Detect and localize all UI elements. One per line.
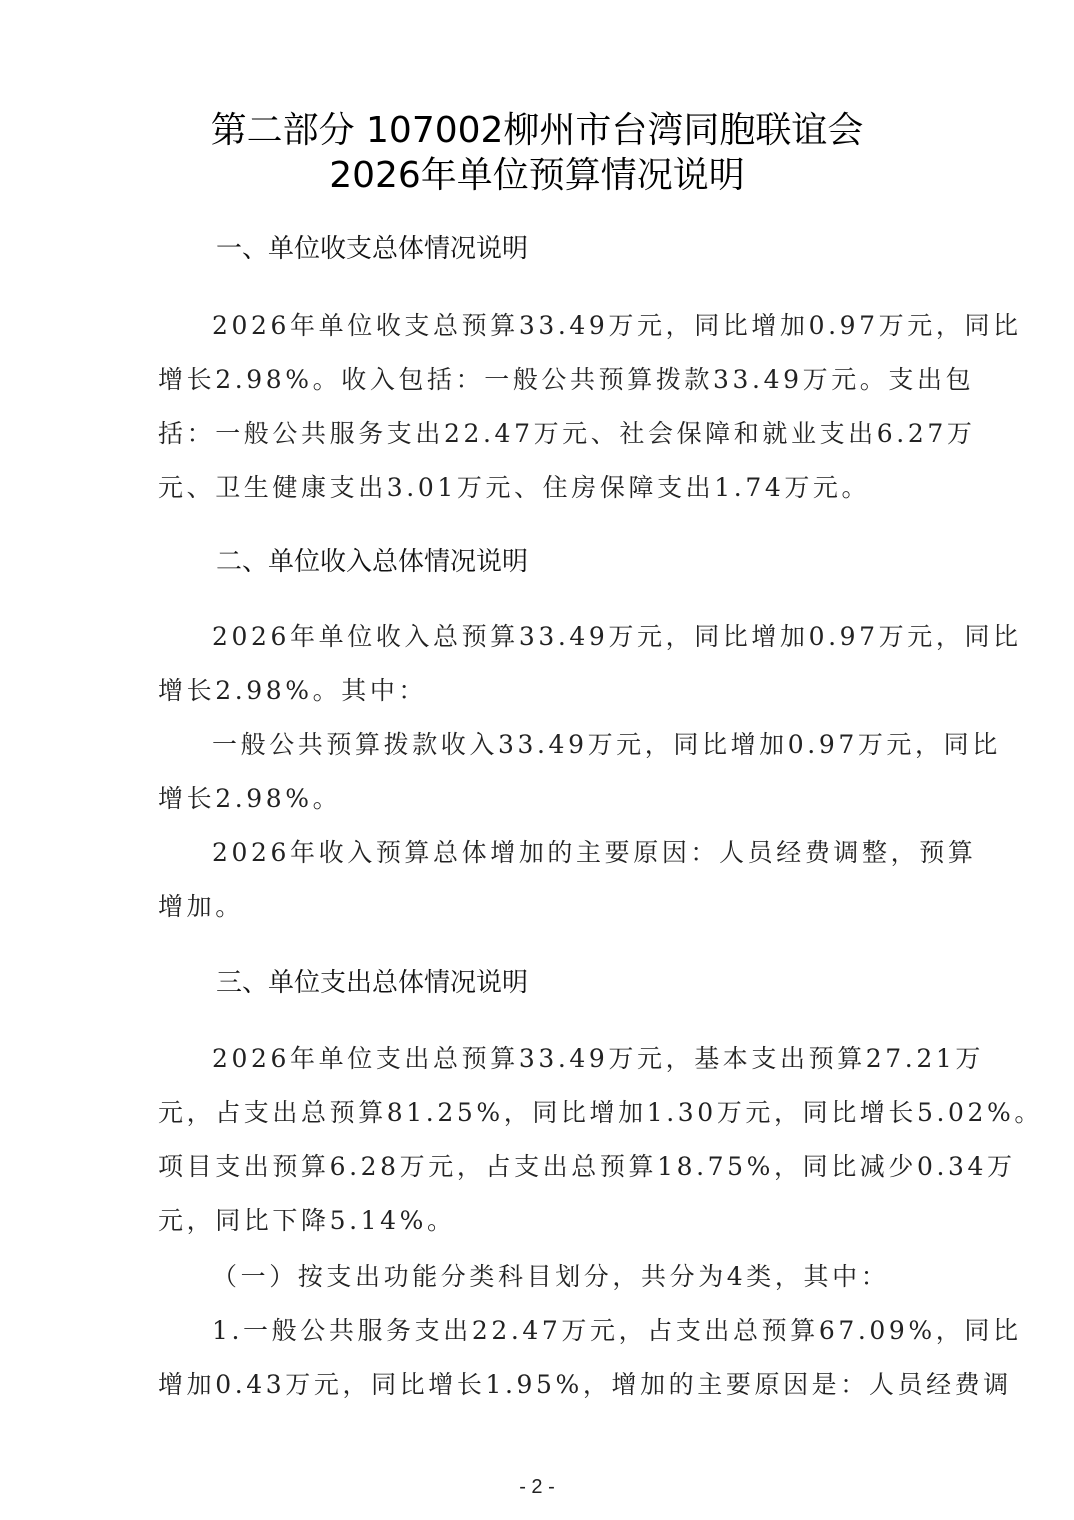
document-page: 第二部分 107002柳州市台湾同胞联谊会 2026年单位预算情况说明 一、单位… xyxy=(0,0,1074,1520)
paragraph-line: （一）按支出功能分类科目划分，共分为4类，其中： xyxy=(212,1260,889,1294)
paragraph-line: 增加。 xyxy=(158,890,244,924)
section-heading-2: 二、单位收入总体情况说明 xyxy=(216,544,528,580)
section-heading-1: 一、单位收支总体情况说明 xyxy=(216,231,528,267)
paragraph-line: 一般公共预算拨款收入33.49万元，同比增加0.97万元，同比 xyxy=(212,728,1001,762)
document-title-line2: 2026年单位预算情况说明 xyxy=(0,152,1074,200)
paragraph-line: 增长2.98%。其中： xyxy=(158,674,427,708)
paragraph-line: 2026年单位支出总预算33.49万元，基本支出预算27.21万 xyxy=(212,1042,984,1076)
paragraph-line: 1.一般公共服务支出22.47万元，占支出总预算67.09%，同比 xyxy=(212,1314,1022,1348)
section-heading-3: 三、单位支出总体情况说明 xyxy=(216,965,528,1001)
paragraph-line: 括：一般公共服务支出22.47万元、社会保障和就业支出6.27万 xyxy=(158,417,975,451)
page-number: - 2 - xyxy=(0,1476,1074,1499)
paragraph-line: 元，占支出总预算81.25%，同比增加1.30万元，同比增长5.02%。 xyxy=(158,1096,1043,1130)
paragraph-line: 元、卫生健康支出3.01万元、住房保障支出1.74万元。 xyxy=(158,471,870,505)
paragraph-line: 项目支出预算6.28万元，占支出总预算18.75%，同比减少0.34万 xyxy=(158,1150,1016,1184)
paragraph-line: 增加0.43万元，同比增长1.95%，增加的主要原因是：人员经费调 xyxy=(158,1368,1012,1402)
paragraph-line: 2026年单位收支总预算33.49万元，同比增加0.97万元，同比 xyxy=(212,309,1022,343)
paragraph-line: 元，同比下降5.14%。 xyxy=(158,1204,456,1238)
paragraph-line: 2026年收入预算总体增加的主要原因：人员经费调整，预算 xyxy=(212,836,976,870)
paragraph-line: 增长2.98%。收入包括：一般公共预算拨款33.49万元。支出包 xyxy=(158,363,974,397)
paragraph-line: 2026年单位收入总预算33.49万元，同比增加0.97万元，同比 xyxy=(212,620,1022,654)
paragraph-line: 增长2.98%。 xyxy=(158,782,341,816)
document-title-line1: 第二部分 107002柳州市台湾同胞联谊会 xyxy=(0,107,1074,155)
